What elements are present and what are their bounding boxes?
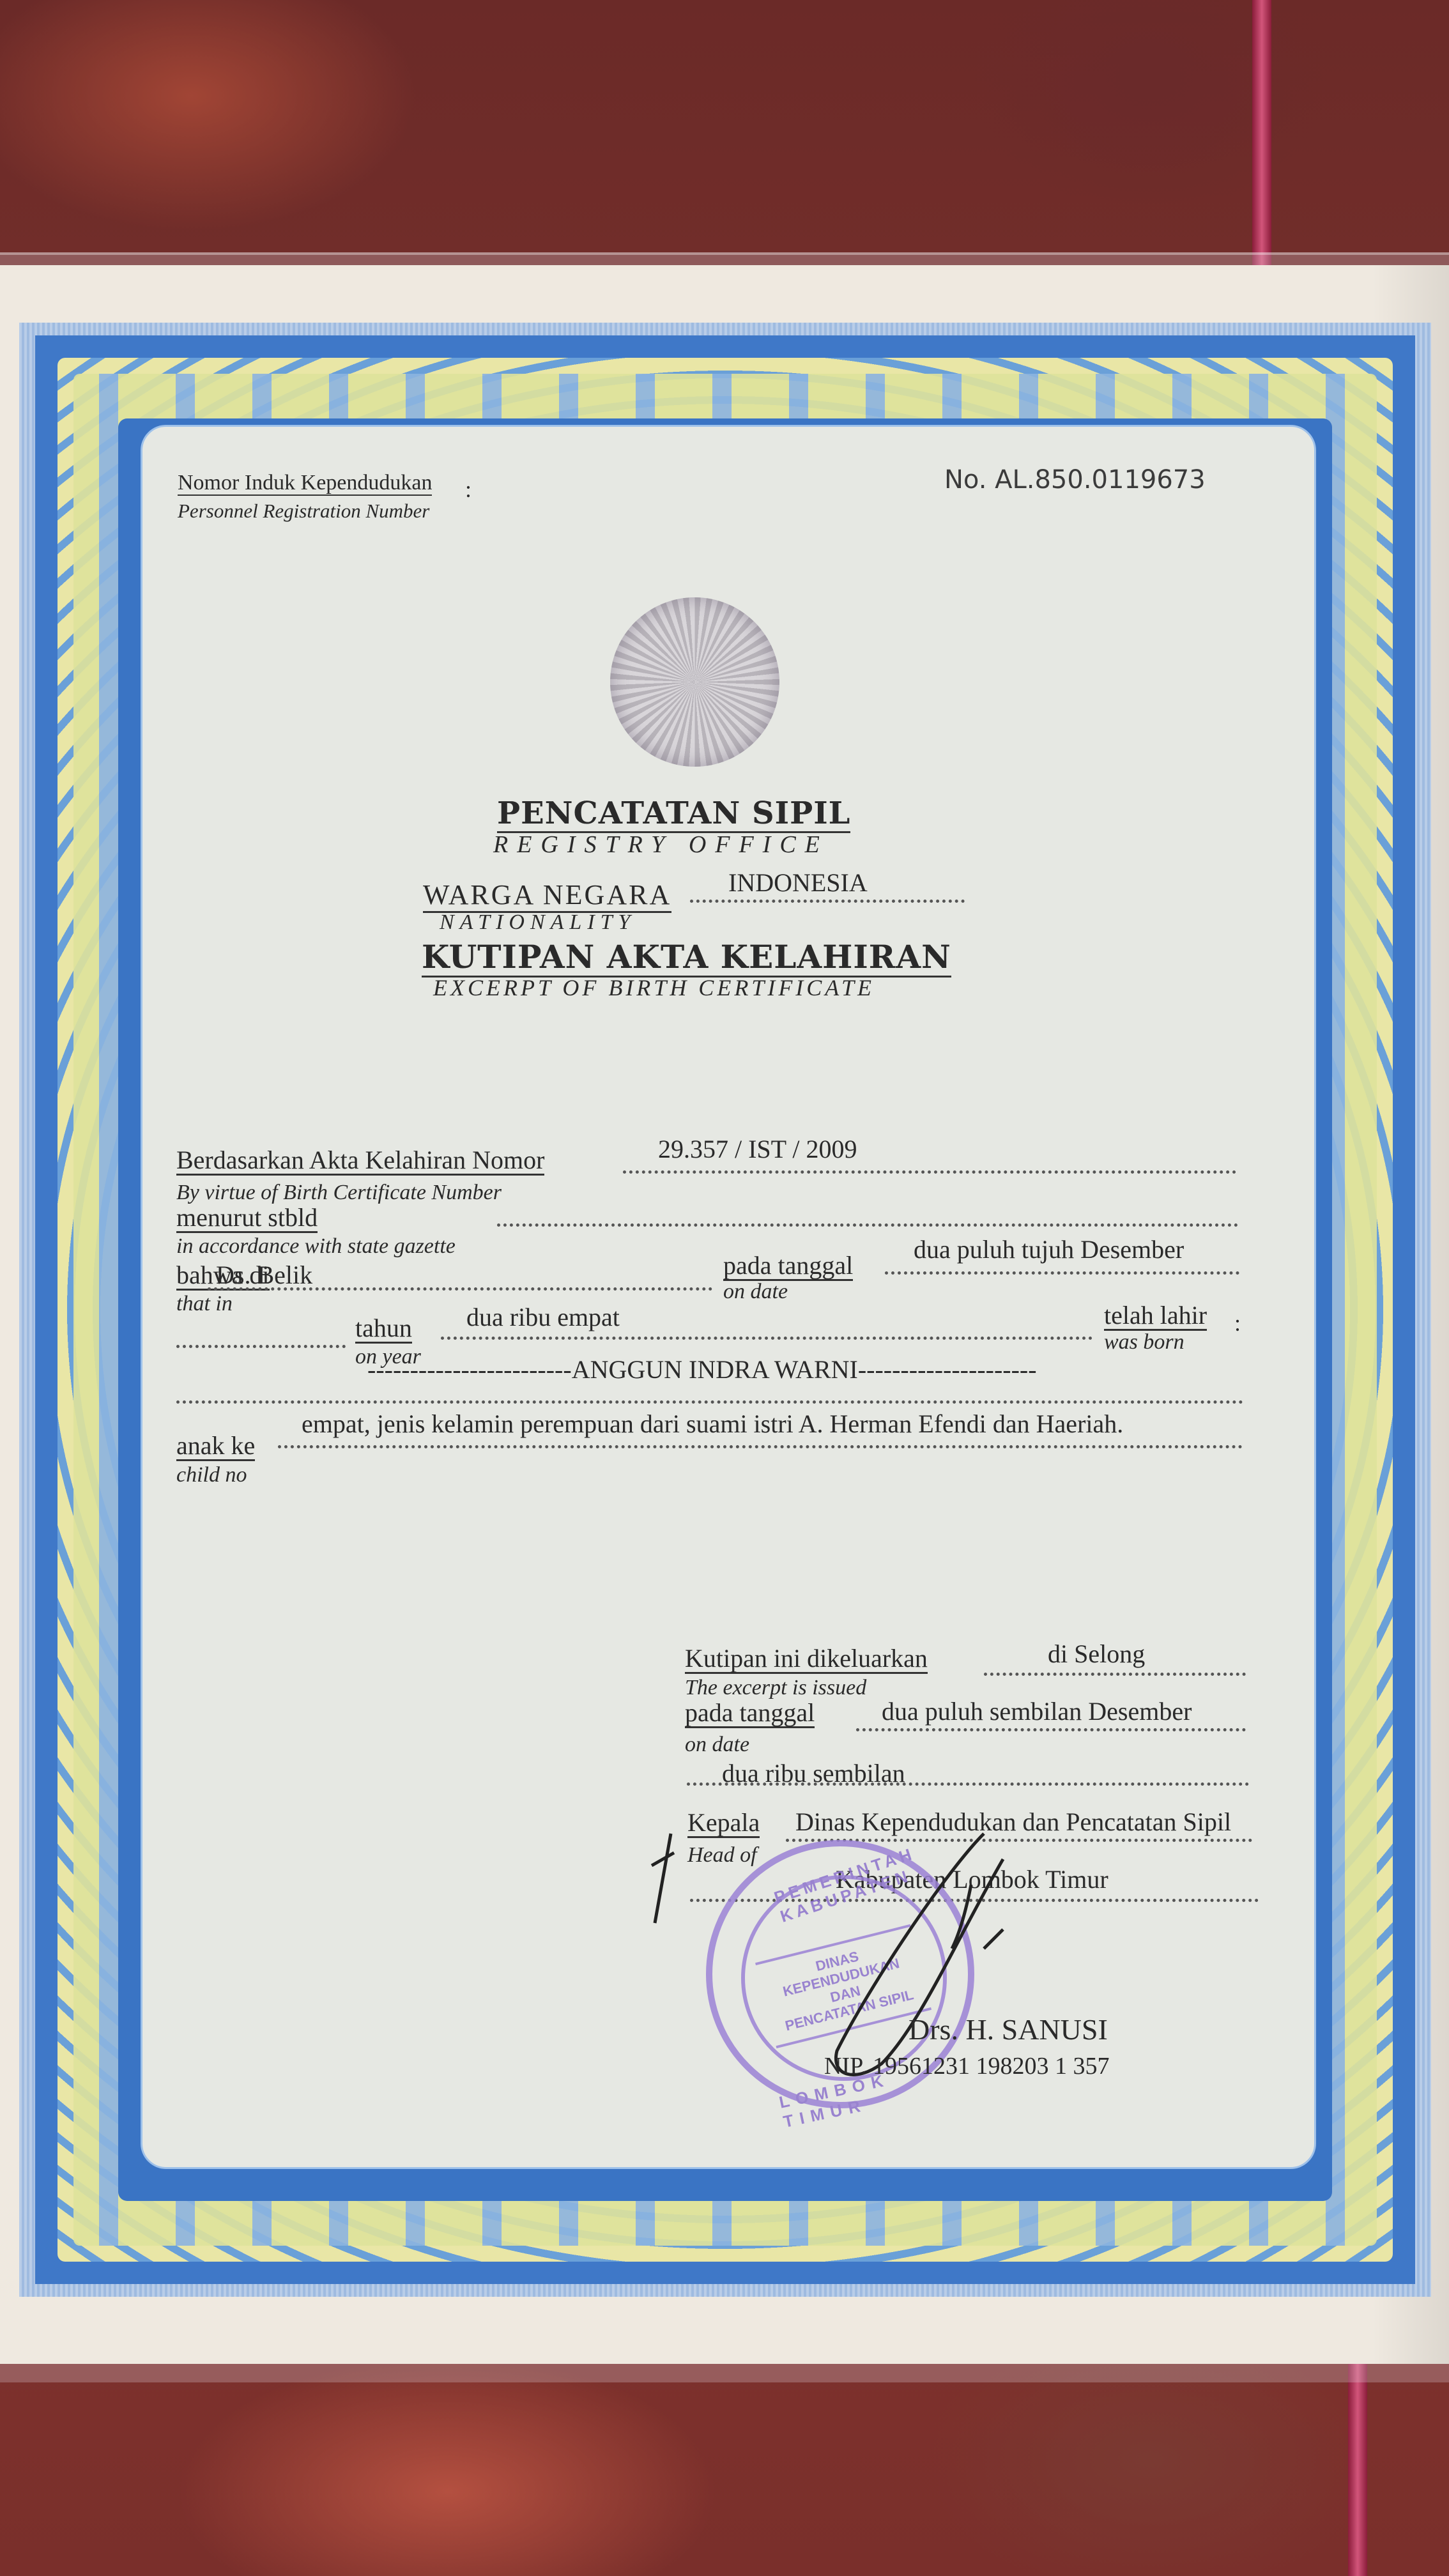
- gazette-label-en: in accordance with state gazette: [176, 1234, 456, 1259]
- year-pre-dotline: [176, 1345, 346, 1348]
- issued-place-dotline: [984, 1673, 1246, 1676]
- background-pole: [1252, 0, 1271, 268]
- office-title-en: REGISTRY OFFICE: [493, 831, 829, 859]
- child-no-dotline: [278, 1445, 1243, 1448]
- cert-number-label-en: By virtue of Birth Certificate Number: [176, 1181, 502, 1205]
- nik-label-en: Personnel Registration Number: [178, 500, 429, 523]
- signatory-nip: NIP. 19561231 198203 1 357: [824, 2052, 1110, 2080]
- serial-number: No. AL.850.0119673: [944, 465, 1206, 494]
- date-label: pada tanggal: [723, 1252, 853, 1281]
- date-value: dua puluh tujuh Desember: [914, 1234, 1184, 1264]
- nationality-dotline: [690, 900, 965, 903]
- year-value: dua ribu empat: [466, 1302, 620, 1332]
- place-label-en: that in: [176, 1292, 233, 1316]
- gazette-label: menurut stbld: [176, 1204, 318, 1233]
- nationality-label: WARGA NEGARA: [423, 878, 671, 913]
- child-no-label: anak ke: [176, 1432, 255, 1461]
- issued-date-label: pada tanggal: [685, 1699, 815, 1728]
- date-label-en: on date: [723, 1280, 788, 1304]
- year-dotline: [441, 1337, 1092, 1340]
- issued-label-en: The excerpt is issued: [685, 1676, 866, 1700]
- issued-date-dotline: [856, 1728, 1246, 1731]
- child-name-dotline: [176, 1400, 1243, 1404]
- nationality-value: INDONESIA: [728, 868, 868, 898]
- initial-mark-icon: [645, 1827, 684, 1929]
- signatory-name: Drs. H. SANUSI: [908, 2012, 1108, 2046]
- born-label: telah lahir: [1104, 1302, 1207, 1331]
- issued-date-value: dua puluh sembilan Desember: [882, 1696, 1192, 1726]
- issued-place: di Selong: [1048, 1639, 1145, 1669]
- child-no-value: empat, jenis kelamin perempuan dari suam…: [302, 1409, 1123, 1439]
- cert-number-value: 29.357 / IST / 2009: [658, 1134, 857, 1164]
- gazette-dotline: [497, 1223, 1238, 1227]
- child-name: ------------------------ANGGUN INDRA WAR…: [367, 1354, 1037, 1384]
- date-dotline: [885, 1271, 1239, 1275]
- background-pole: [1348, 2364, 1367, 2576]
- born-colon: :: [1234, 1310, 1241, 1337]
- cert-number-label: Berdasarkan Akta Kelahiran Nomor: [176, 1147, 544, 1176]
- child-no-label-en: child no: [176, 1463, 247, 1487]
- born-label-en: was born: [1104, 1330, 1184, 1354]
- nationality-label-en: NATIONALITY: [440, 910, 636, 935]
- head-label: Kepala: [687, 1809, 760, 1838]
- head-label-en: Head of: [687, 1843, 757, 1867]
- issued-date-label-en: on date: [685, 1733, 749, 1757]
- cert-number-dotline: [623, 1170, 1236, 1174]
- nik-colon: :: [465, 476, 471, 503]
- place-dotline: [208, 1287, 712, 1291]
- office-title: PENCATATAN SIPIL: [497, 795, 850, 833]
- place-value: Ds. Belik: [216, 1260, 312, 1290]
- embossed-seal-icon: [610, 597, 779, 767]
- document-title: KUTIPAN AKTA KELAHIRAN: [422, 938, 951, 977]
- issued-year-dotline: [687, 1782, 1249, 1786]
- issued-label: Kutipan ini dikeluarkan: [685, 1645, 928, 1674]
- document-title-en: EXCERPT OF BIRTH CERTIFICATE: [433, 974, 875, 1001]
- year-label: tahun: [355, 1315, 412, 1344]
- nik-label: Nomor Induk Kependudukan: [178, 471, 432, 496]
- signature-icon: [792, 1821, 1061, 2089]
